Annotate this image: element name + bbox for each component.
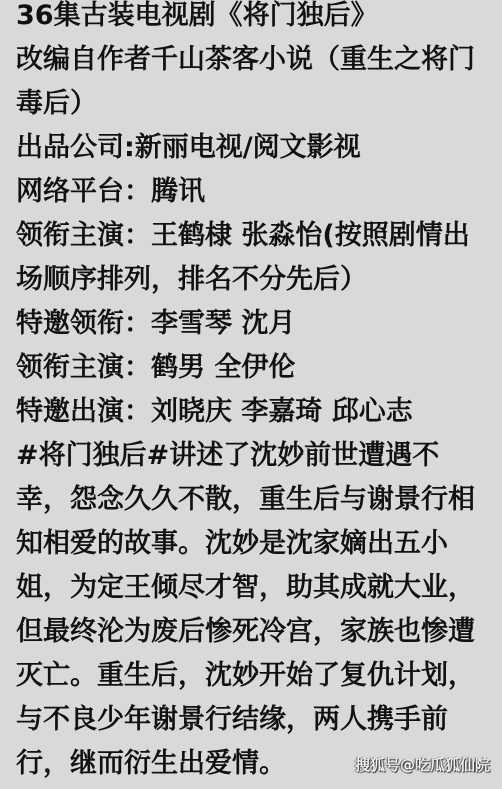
synopsis-line: #将门独后#讲述了沈妙前世遭遇不	[16, 434, 502, 478]
synopsis-line: 灭亡。重生后，沈妙开始了复仇计划，	[16, 654, 502, 698]
title-line: 36集古装电视剧《将门独后》	[16, 0, 502, 38]
special-guest-line: 特邀出演：刘晓庆 李嘉琦 邱心志	[16, 390, 502, 434]
synopsis-line: 但最终沦为废后惨死冷宫，家族也惨遭	[16, 610, 502, 654]
synopsis-line: 知相爱的故事。沈妙是沈家嫡出五小	[16, 522, 502, 566]
adaptation-line-cont: 毒后）	[16, 82, 502, 126]
adaptation-line: 改编自作者千山茶客小说（重生之将门	[16, 38, 502, 82]
lead-cast-line-cont: 场顺序排列，排名不分先后）	[16, 258, 502, 302]
watermark: 搜狐号@吃瓜狐仙院	[355, 754, 490, 775]
platform-line: 网络平台：腾讯	[16, 170, 502, 214]
lead-cast-line: 领衔主演：王鹤棣 张淼怡(按照剧情出	[16, 214, 502, 258]
synopsis-line: 与不良少年谢景行结缘，两人携手前	[16, 698, 502, 742]
synopsis-line: 幸，怨念久久不散，重生后与谢景行相	[16, 478, 502, 522]
lead-cast-line-2: 领衔主演：鹤男 全伊伦	[16, 346, 502, 390]
production-company-line: 出品公司:新丽电视/阅文影视	[16, 126, 502, 170]
document-body: 36集古装电视剧《将门独后》 改编自作者千山茶客小说（重生之将门 毒后） 出品公…	[16, 0, 502, 786]
synopsis-line: 姐，为定王倾尽才智，助其成就大业，	[16, 566, 502, 610]
special-lead-line: 特邀领衔：李雪琴 沈月	[16, 302, 502, 346]
